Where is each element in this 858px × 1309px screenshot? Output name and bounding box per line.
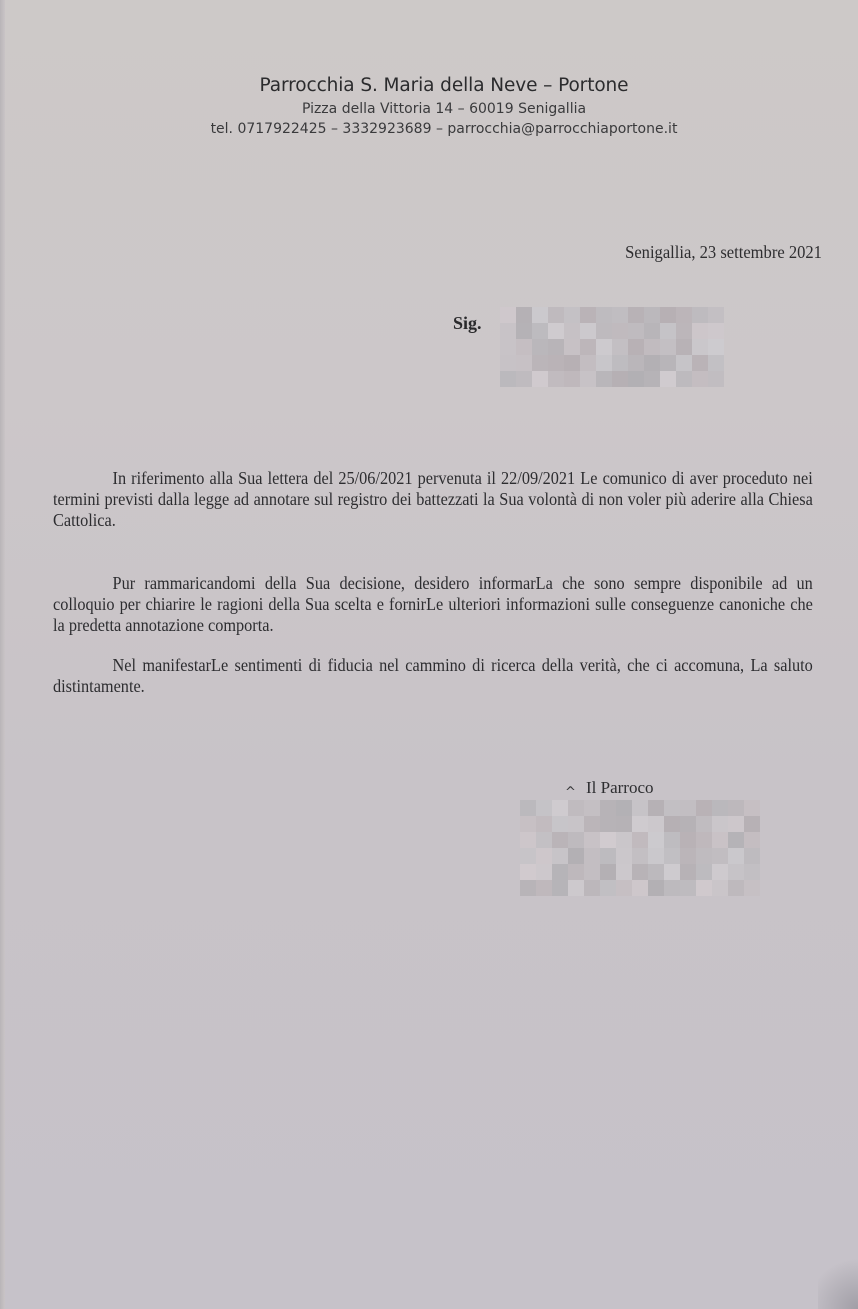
redaction-pixel — [660, 323, 676, 339]
redaction-pixel — [664, 848, 680, 864]
redaction-pixel — [536, 800, 552, 816]
redaction-pixel — [596, 371, 612, 387]
redaction-pixel — [564, 323, 580, 339]
redaction-pixel — [516, 339, 532, 355]
redaction-pixel — [600, 800, 616, 816]
redaction-pixel — [580, 339, 596, 355]
redaction-pixel — [616, 816, 632, 832]
redaction-pixel — [628, 355, 644, 371]
redaction-pixel — [584, 832, 600, 848]
redaction-pixel — [676, 307, 692, 323]
redaction-pixel — [692, 339, 708, 355]
redaction-pixel — [532, 323, 548, 339]
redaction-pixel — [600, 832, 616, 848]
signature-redacted — [520, 800, 760, 896]
redaction-pixel — [536, 848, 552, 864]
recipient-name-redacted — [500, 307, 724, 387]
redaction-pixel — [648, 832, 664, 848]
redaction-pixel — [680, 880, 696, 896]
redaction-pixel — [676, 323, 692, 339]
redaction-pixel — [744, 880, 760, 896]
redaction-pixel — [648, 848, 664, 864]
redaction-pixel — [696, 800, 712, 816]
body-paragraph-3: Nel manifestarLe sentimenti di fiducia n… — [53, 655, 813, 697]
redaction-pixel — [600, 848, 616, 864]
redaction-pixel — [500, 371, 516, 387]
redaction-pixel — [680, 800, 696, 816]
redaction-pixel — [568, 832, 584, 848]
redaction-pixel — [744, 832, 760, 848]
redaction-pixel — [676, 339, 692, 355]
redaction-pixel — [520, 864, 536, 880]
redaction-pixel — [536, 864, 552, 880]
redaction-pixel — [708, 307, 724, 323]
redaction-pixel — [548, 339, 564, 355]
redaction-pixel — [648, 816, 664, 832]
redaction-pixel — [692, 371, 708, 387]
redaction-pixel — [664, 864, 680, 880]
redaction-pixel — [584, 816, 600, 832]
redaction-pixel — [552, 848, 568, 864]
redaction-pixel — [664, 832, 680, 848]
redaction-pixel — [664, 800, 680, 816]
redaction-pixel — [644, 307, 660, 323]
redaction-pixel — [644, 371, 660, 387]
redaction-pixel — [600, 816, 616, 832]
redaction-pixel — [548, 355, 564, 371]
redaction-pixel — [648, 800, 664, 816]
redaction-pixel — [744, 816, 760, 832]
redaction-pixel — [568, 864, 584, 880]
redaction-pixel — [712, 864, 728, 880]
redaction-pixel — [680, 832, 696, 848]
redaction-pixel — [500, 355, 516, 371]
redaction-pixel — [568, 800, 584, 816]
parish-address: Pizza della Vittoria 14 – 60019 Senigall… — [30, 100, 858, 119]
redaction-pixel — [536, 816, 552, 832]
letter-page: Parrocchia S. Maria della Neve – Portone… — [0, 0, 858, 1309]
redaction-pixel — [584, 800, 600, 816]
redaction-pixel — [616, 848, 632, 864]
redaction-pixel — [500, 339, 516, 355]
redaction-pixel — [660, 355, 676, 371]
redaction-pixel — [520, 800, 536, 816]
redaction-pixel — [584, 880, 600, 896]
redaction-pixel — [632, 848, 648, 864]
redaction-pixel — [680, 848, 696, 864]
redaction-pixel — [616, 800, 632, 816]
redaction-pixel — [520, 880, 536, 896]
signature-title: Il Parroco — [586, 778, 654, 798]
redaction-pixel — [568, 816, 584, 832]
redaction-pixel — [532, 371, 548, 387]
paper-shadow — [818, 1249, 858, 1309]
redaction-pixel — [564, 371, 580, 387]
redaction-pixel — [728, 848, 744, 864]
redaction-pixel — [644, 355, 660, 371]
paper-edge — [0, 0, 5, 1309]
redaction-pixel — [728, 832, 744, 848]
redaction-pixel — [676, 371, 692, 387]
redaction-pixel — [692, 323, 708, 339]
redaction-pixel — [548, 307, 564, 323]
redaction-pixel — [552, 832, 568, 848]
redaction-pixel — [692, 307, 708, 323]
redaction-pixel — [696, 816, 712, 832]
redaction-pixel — [628, 323, 644, 339]
letterhead: Parrocchia S. Maria della Neve – Portone… — [0, 72, 858, 140]
redaction-pixel — [580, 371, 596, 387]
redaction-pixel — [552, 800, 568, 816]
redaction-pixel — [744, 800, 760, 816]
redaction-pixel — [692, 355, 708, 371]
redaction-pixel — [548, 323, 564, 339]
redaction-pixel — [516, 371, 532, 387]
body-paragraph-1: In riferimento alla Sua lettera del 25/0… — [53, 468, 813, 531]
redaction-pixel — [632, 800, 648, 816]
redaction-pixel — [644, 339, 660, 355]
redaction-pixel — [712, 800, 728, 816]
parish-contact: tel. 0717922425 – 3332923689 – parrocchi… — [30, 119, 858, 140]
redaction-pixel — [536, 880, 552, 896]
redaction-pixel — [744, 848, 760, 864]
redaction-pixel — [584, 848, 600, 864]
redaction-pixel — [568, 880, 584, 896]
redaction-pixel — [632, 864, 648, 880]
redaction-pixel — [564, 339, 580, 355]
redaction-pixel — [516, 307, 532, 323]
redaction-pixel — [628, 371, 644, 387]
redaction-pixel — [644, 323, 660, 339]
redaction-pixel — [728, 880, 744, 896]
redaction-pixel — [580, 323, 596, 339]
redaction-pixel — [612, 355, 628, 371]
redaction-pixel — [708, 355, 724, 371]
redaction-pixel — [728, 816, 744, 832]
redaction-pixel — [520, 816, 536, 832]
redaction-pixel — [532, 355, 548, 371]
redaction-pixel — [708, 371, 724, 387]
redaction-pixel — [616, 832, 632, 848]
redaction-pixel — [584, 864, 600, 880]
redaction-pixel — [728, 800, 744, 816]
redaction-pixel — [708, 323, 724, 339]
redaction-pixel — [660, 307, 676, 323]
redaction-pixel — [664, 880, 680, 896]
parish-name: Parrocchia S. Maria della Neve – Portone — [30, 72, 858, 100]
redaction-pixel — [660, 371, 676, 387]
redaction-pixel — [516, 323, 532, 339]
redaction-pixel — [696, 832, 712, 848]
redaction-pixel — [712, 832, 728, 848]
redaction-pixel — [696, 848, 712, 864]
redaction-pixel — [616, 880, 632, 896]
redaction-pixel — [696, 864, 712, 880]
redaction-pixel — [564, 307, 580, 323]
redaction-pixel — [616, 864, 632, 880]
redaction-pixel — [532, 339, 548, 355]
redaction-pixel — [552, 880, 568, 896]
redaction-pixel — [600, 880, 616, 896]
pen-mark-icon: ^ — [565, 785, 576, 800]
redaction-pixel — [500, 323, 516, 339]
redaction-pixel — [612, 307, 628, 323]
redaction-pixel — [516, 355, 532, 371]
redaction-pixel — [712, 880, 728, 896]
redaction-pixel — [548, 371, 564, 387]
redaction-pixel — [596, 323, 612, 339]
redaction-pixel — [628, 339, 644, 355]
redaction-pixel — [600, 864, 616, 880]
redaction-pixel — [664, 816, 680, 832]
redaction-pixel — [628, 307, 644, 323]
redaction-pixel — [696, 880, 712, 896]
redaction-pixel — [612, 339, 628, 355]
redaction-pixel — [580, 307, 596, 323]
redaction-pixel — [712, 848, 728, 864]
letter-date: Senigallia, 23 settembre 2021 — [625, 242, 822, 263]
redaction-pixel — [520, 832, 536, 848]
redaction-pixel — [552, 816, 568, 832]
redaction-pixel — [580, 355, 596, 371]
redaction-pixel — [612, 323, 628, 339]
redaction-pixel — [564, 355, 580, 371]
redaction-pixel — [532, 307, 548, 323]
redaction-pixel — [680, 864, 696, 880]
redaction-pixel — [712, 816, 728, 832]
redaction-pixel — [680, 816, 696, 832]
redaction-pixel — [648, 880, 664, 896]
redaction-pixel — [612, 371, 628, 387]
redaction-pixel — [632, 816, 648, 832]
redaction-pixel — [648, 864, 664, 880]
redaction-pixel — [660, 339, 676, 355]
redaction-pixel — [744, 864, 760, 880]
redaction-pixel — [536, 832, 552, 848]
redaction-pixel — [596, 307, 612, 323]
redaction-pixel — [596, 339, 612, 355]
redaction-pixel — [632, 880, 648, 896]
redaction-pixel — [596, 355, 612, 371]
redaction-pixel — [632, 832, 648, 848]
recipient-salutation: Sig. — [453, 313, 482, 334]
redaction-pixel — [708, 339, 724, 355]
redaction-pixel — [676, 355, 692, 371]
redaction-pixel — [552, 864, 568, 880]
redaction-pixel — [568, 848, 584, 864]
redaction-pixel — [728, 864, 744, 880]
redaction-pixel — [520, 848, 536, 864]
body-paragraph-2: Pur rammaricandomi della Sua decisione, … — [53, 573, 813, 636]
redaction-pixel — [500, 307, 516, 323]
